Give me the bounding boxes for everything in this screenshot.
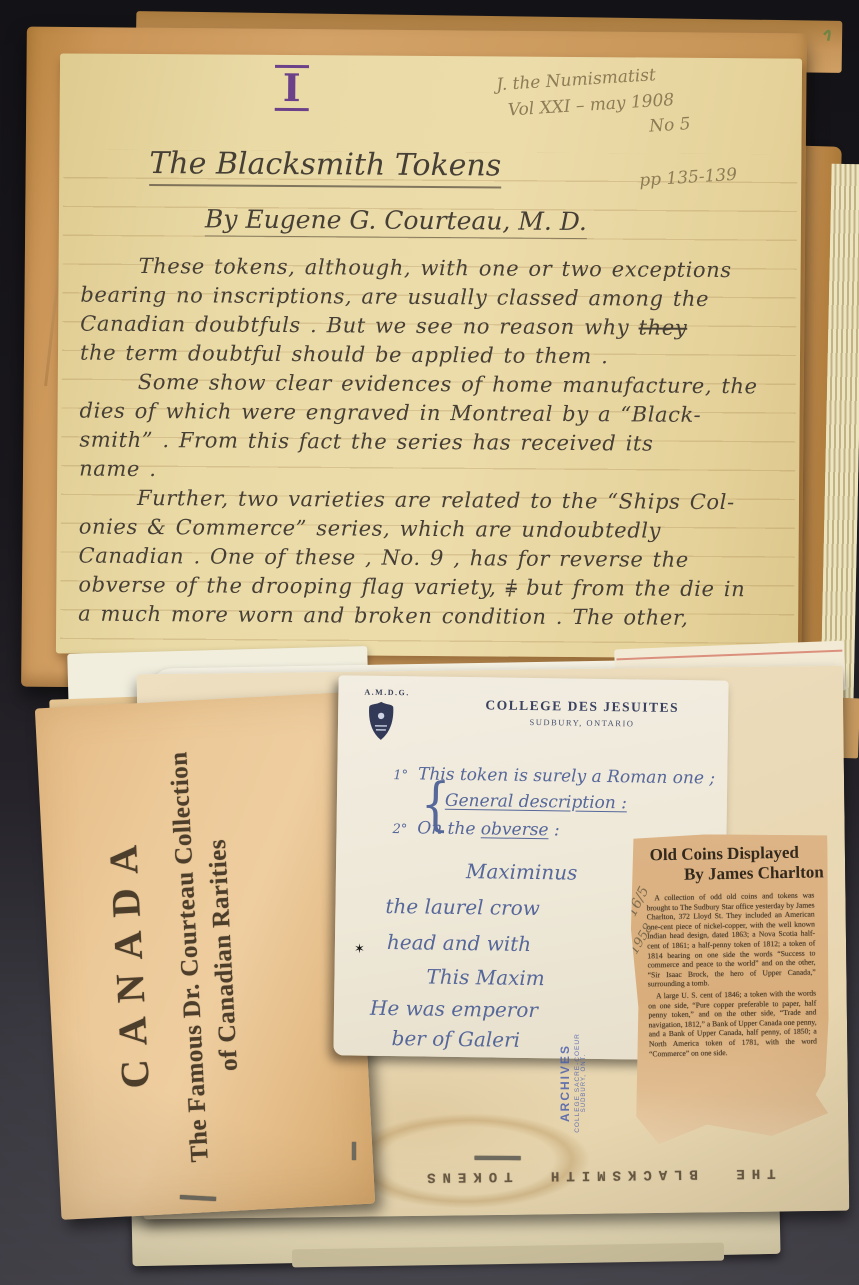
letter-hand-line: ber of Galeri [391,1026,520,1052]
booklet-cover: CANADA The Famous Dr. Courteau Collectio… [35,692,375,1220]
clipping-headline: Old Coins Displayed [649,843,799,866]
letter-note-line: General description : [445,791,627,814]
letter-hand-line: the laurel crow [385,894,540,920]
manuscript-page: I J. the Numismatist Vol XXI – may 1908 … [56,53,802,658]
manuscript-section-numeral: I [275,65,309,111]
letter-hand-line: He was emperor [370,996,538,1022]
stamp-line: ARCHIVES [558,1021,572,1145]
item-text: This token is surely a Roman one ; [418,764,715,788]
pencil-citation-note: J. the Numismatist Vol XXI – may 1908 No… [496,61,692,149]
clipping-paragraph: A large U. S. cent of 1846; a token with… [648,988,817,1058]
stamp-line: SUDBURY, ONT. [581,1021,587,1145]
clipping-paragraph: A collection of odd old coins and tokens… [646,890,816,989]
item-text: On the [417,818,481,839]
struck-word: they [638,315,687,339]
clipping-body: A collection of odd old coins and tokens… [646,890,817,1060]
photo-scene: I J. the Numismatist Vol XXI – may 1908 … [0,0,859,1285]
item-text-underlined: obverse [481,819,549,840]
letter-hand-line: Maximinus [466,859,578,885]
letterhead-location: SUDBURY, ONTARIO [443,716,721,730]
staple [352,1142,356,1160]
item-number: 1° [393,768,408,783]
manuscript-title: The Blacksmith Tokens [149,146,501,188]
manuscript-line: a much more worn and broken condition . … [78,600,790,634]
booklet-cover-text: CANADA The Famous Dr. Courteau Collectio… [93,711,318,1201]
manuscript-line: smith” . From this fact the series has r… [79,426,791,460]
manuscript-line-text: but from the die in [517,576,746,602]
pencil-pages-note: pp 135-139 [639,165,738,191]
manuscript-body: These tokens, although, with one or two … [78,252,793,634]
jesuit-crest-icon [366,700,397,746]
letter-hand-line: This Maxim [426,965,545,991]
pencil-note-line: No 5 [648,112,691,140]
clipping-headline: By James Charlton [684,862,824,884]
staple [475,1156,521,1160]
stamp-line: COLLEGE SACRE-COEUR [574,1021,581,1145]
booklet-country-title: CANADA [93,719,165,1201]
manuscript-byline: By Eugene G. Courteau, M. D. [205,204,587,239]
manuscript-line-text: obverse of the drooping flag variety, [78,573,506,600]
star-mark: ✶ [354,942,365,957]
upside-down-typed-title: THE BLACKSMITH TOKENS [393,1164,803,1185]
archives-stamp-text: ARCHIVES COLLEGE SACRE-COEUR SUDBURY, ON… [558,1021,604,1145]
letter-note-line: 2°On the obverse : [392,818,559,840]
archives-stamp: ARCHIVES COLLEGE SACRE-COEUR SUDBURY, ON… [558,1022,604,1144]
red-margin-line [616,650,842,660]
item-number: 2° [392,822,407,837]
item-text: : [548,820,559,840]
manuscript-line-text: Canadian doubtfuls . But we see no reaso… [80,312,639,340]
struck-symbol: ‡ [506,576,517,600]
jesuit-motto: A.M.D.G. [364,688,409,698]
letter-hand-line: head and with [387,930,532,956]
newspaper-clipping: Old Coins Displayed By James Charlton A … [625,832,832,1147]
letterhead: COLLEGE DES JESUITES SUDBURY, ONTARIO [443,697,721,730]
letterhead-institution: COLLEGE DES JESUITES [443,697,721,717]
